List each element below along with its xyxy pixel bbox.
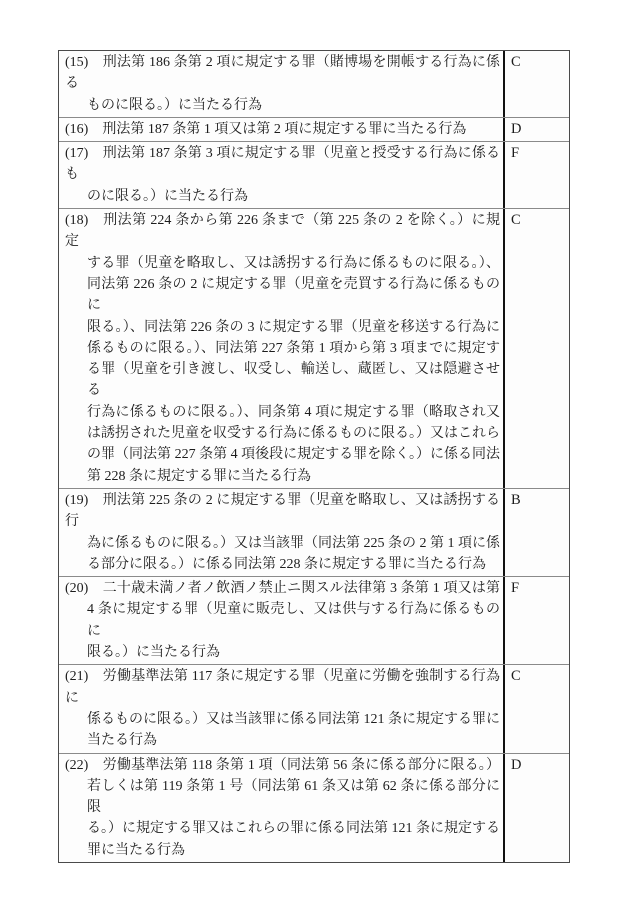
offense-description-cell: (15) 刑法第 186 条第 2 項に規定する罪（賭博場を開帳する行為に係るも… — [59, 51, 503, 117]
description-line: (20) 二十歳未満ノ者ノ飲酒ノ禁止ニ関スル法律第 3 条第 1 項又は第 — [65, 578, 500, 599]
description-line: (18) 刑法第 224 条から第 226 条まで（第 225 条の 2 を除く… — [65, 210, 500, 253]
table-row: (15) 刑法第 186 条第 2 項に規定する罪（賭博場を開帳する行為に係るも… — [59, 51, 569, 118]
description-line: (17) 刑法第 187 条第 3 項に規定する罪（児童と授受する行為に係るも — [65, 143, 500, 186]
description-line: (22) 労働基準法第 118 条第 1 項（同法第 56 条に係る部分に限る。… — [65, 755, 500, 776]
description-text: 刑法第 186 条第 2 項に規定する罪（賭博場を開帳する行為に係る — [65, 55, 500, 91]
description-line: 限る。）、同法第 226 条の 3 に規定する罪（児童を移送する行為に — [65, 317, 500, 338]
item-number: (22) — [65, 758, 88, 773]
offense-description-cell: (16) 刑法第 187 条第 1 項又は第 2 項に規定する罪に当たる行為 — [59, 118, 503, 141]
description-line: の罪（同法第 227 条第 4 項後段に規定する罪を除く。）に係る同法 — [65, 444, 500, 465]
category-code-cell: F — [503, 577, 569, 664]
offense-description-cell: (19) 刑法第 225 条の 2 に規定する罪（児童を略取し、又は誘拐する行為… — [59, 489, 503, 576]
description-line: 4 条に規定する罪（児童に販売し、又は供与する行為に係るものに — [65, 599, 500, 642]
offense-description-cell: (17) 刑法第 187 条第 3 項に規定する罪（児童と授受する行為に係るもの… — [59, 142, 503, 208]
item-number: (16) — [65, 122, 88, 137]
item-number: (17) — [65, 146, 88, 161]
description-text: 労働基準法第 117 条に規定する罪（児童に労働を強制する行為に — [65, 669, 500, 705]
description-line: (15) 刑法第 186 条第 2 項に規定する罪（賭博場を開帳する行為に係る — [65, 52, 500, 95]
description-line: 当たる行為 — [65, 730, 500, 751]
offense-description-cell: (18) 刑法第 224 条から第 226 条まで（第 225 条の 2 を除く… — [59, 209, 503, 488]
description-line: (19) 刑法第 225 条の 2 に規定する罪（児童を略取し、又は誘拐する行 — [65, 490, 500, 533]
table-row: (18) 刑法第 224 条から第 226 条まで（第 225 条の 2 を除く… — [59, 209, 569, 489]
table-row: (17) 刑法第 187 条第 3 項に規定する罪（児童と授受する行為に係るもの… — [59, 142, 569, 209]
table-row: (22) 労働基準法第 118 条第 1 項（同法第 56 条に係る部分に限る。… — [59, 754, 569, 862]
item-number: (18) — [65, 213, 88, 228]
description-line: る罪（児童を引き渡し、収受し、輸送し、蔵匿し、又は隠避させる — [65, 359, 500, 402]
table-row: (20) 二十歳未満ノ者ノ飲酒ノ禁止ニ関スル法律第 3 条第 1 項又は第4 条… — [59, 577, 569, 665]
category-code-cell: C — [503, 209, 569, 488]
description-text: 刑法第 187 条第 1 項又は第 2 項に規定する罪に当たる行為 — [102, 122, 466, 137]
table-row: (16) 刑法第 187 条第 1 項又は第 2 項に規定する罪に当たる行為D — [59, 118, 569, 142]
description-text: 労働基準法第 118 条第 1 項（同法第 56 条に係る部分に限る。） — [103, 758, 500, 773]
offense-description-cell: (20) 二十歳未満ノ者ノ飲酒ノ禁止ニ関スル法律第 3 条第 1 項又は第4 条… — [59, 577, 503, 664]
description-line: ものに限る。）に当たる行為 — [65, 95, 500, 116]
description-line: のに限る。）に当たる行為 — [65, 186, 500, 207]
table-row: (21) 労働基準法第 117 条に規定する罪（児童に労働を強制する行為に係るも… — [59, 665, 569, 753]
description-line: 係るものに限る。）又は当該罪に係る同法第 121 条に規定する罪に — [65, 709, 500, 730]
offense-description-cell: (22) 労働基準法第 118 条第 1 項（同法第 56 条に係る部分に限る。… — [59, 754, 503, 862]
description-line: 係るものに限る。）、同法第 227 条第 1 項から第 3 項までに規定す — [65, 338, 500, 359]
description-line: 若しくは第 119 条第 1 号（同法第 61 条又は第 62 条に係る部分に限 — [65, 776, 500, 819]
item-number: (21) — [65, 669, 88, 684]
document-page: (15) 刑法第 186 条第 2 項に規定する罪（賭博場を開帳する行為に係るも… — [0, 0, 630, 903]
category-code-cell: F — [503, 142, 569, 208]
category-code-cell: D — [503, 118, 569, 141]
description-line: る部分に限る。）に係る同法第 228 条に規定する罪に当たる行為 — [65, 554, 500, 575]
item-number: (19) — [65, 493, 88, 508]
description-line: (16) 刑法第 187 条第 1 項又は第 2 項に規定する罪に当たる行為 — [65, 119, 500, 140]
description-text: 刑法第 224 条から第 226 条まで（第 225 条の 2 を除く。）に規定 — [65, 213, 500, 249]
table-row: (19) 刑法第 225 条の 2 に規定する罪（児童を略取し、又は誘拐する行為… — [59, 489, 569, 577]
description-text: 二十歳未満ノ者ノ飲酒ノ禁止ニ関スル法律第 3 条第 1 項又は第 — [103, 581, 500, 596]
description-line: 罪に当たる行為 — [65, 840, 500, 861]
item-number: (20) — [65, 581, 88, 596]
category-code-cell: D — [503, 754, 569, 862]
offense-category-table: (15) 刑法第 186 条第 2 項に規定する罪（賭博場を開帳する行為に係るも… — [58, 50, 570, 863]
description-text: 刑法第 187 条第 3 項に規定する罪（児童と授受する行為に係るも — [65, 146, 500, 182]
description-line: 第 228 条に規定する罪に当たる行為 — [65, 466, 500, 487]
description-line: 行為に係るものに限る。）、同条第 4 項に規定する罪（略取され又 — [65, 402, 500, 423]
category-code-cell: B — [503, 489, 569, 576]
offense-description-cell: (21) 労働基準法第 117 条に規定する罪（児童に労働を強制する行為に係るも… — [59, 665, 503, 752]
item-number: (15) — [65, 55, 88, 70]
description-text: 刑法第 225 条の 2 に規定する罪（児童を略取し、又は誘拐する行 — [65, 493, 500, 529]
description-line: (21) 労働基準法第 117 条に規定する罪（児童に労働を強制する行為に — [65, 666, 500, 709]
description-line: 限る。）に当たる行為 — [65, 642, 500, 663]
description-line: する罪（児童を略取し、又は誘拐する行為に係るものに限る。）、 — [65, 253, 500, 274]
description-line: 為に係るものに限る。）又は当該罪（同法第 225 条の 2 第 1 項に係 — [65, 533, 500, 554]
description-line: 同法第 226 条の 2 に規定する罪（児童を売買する行為に係るものに — [65, 274, 500, 317]
category-code-cell: C — [503, 665, 569, 752]
category-code-cell: C — [503, 51, 569, 117]
description-line: は誘拐された児童を収受する行為に係るものに限る。）又はこれら — [65, 423, 500, 444]
description-line: る。）に規定する罪又はこれらの罪に係る同法第 121 条に規定する — [65, 818, 500, 839]
